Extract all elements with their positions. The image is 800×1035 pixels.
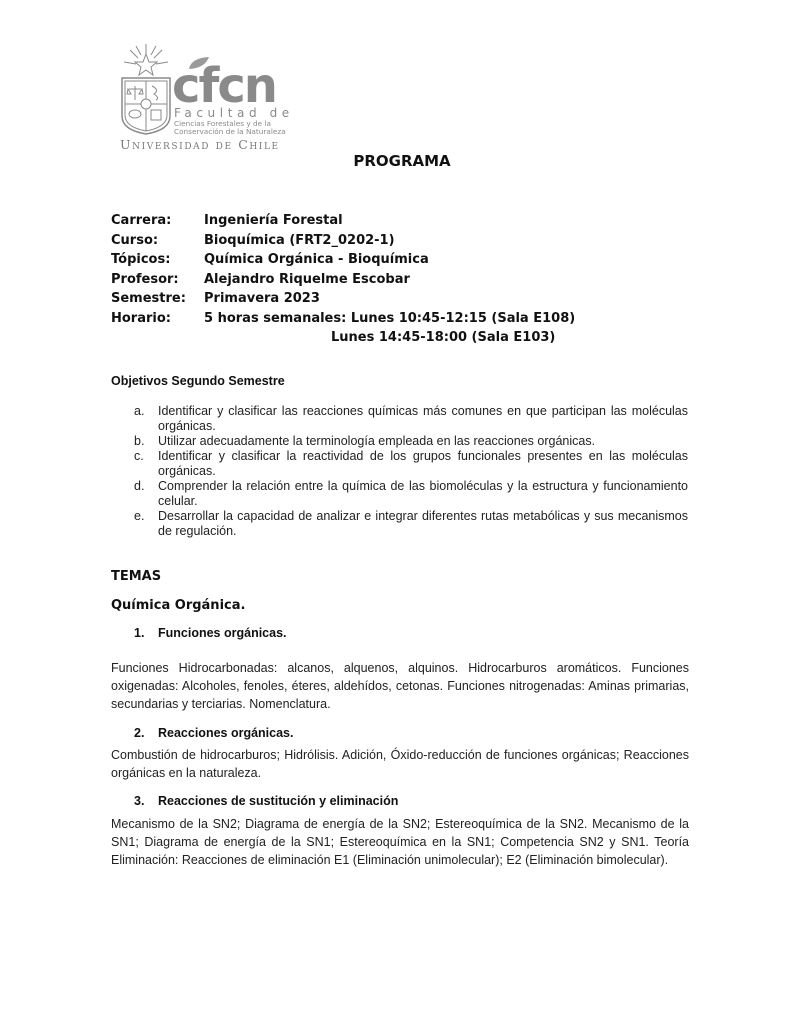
info-value: Primavera 2023 [204, 289, 320, 309]
info-value: Bioquímica (FRT2_0202-1) [204, 231, 395, 251]
objective-item: a. Identificar y clasificar las reaccion… [134, 404, 688, 434]
info-value: 5 horas semanales: Lunes 10:45-12:15 (Sa… [204, 309, 575, 329]
topic-title: Funciones orgánicas. [158, 626, 287, 640]
objective-item: c. Identificar y clasificar la reactivid… [134, 449, 688, 479]
topic-body-2: Combustión de hidrocarburos; Hidrólisis.… [111, 746, 689, 782]
topic-number: 3. [134, 794, 158, 808]
topic-number: 2. [134, 726, 158, 740]
topic-heading-1: 1.Funciones orgánicas. [134, 626, 287, 640]
info-row-topicos: Tópicos:Química Orgánica - Bioquímica [111, 250, 575, 270]
university-logo: cfcn Facultad de Ciencias Forestales y d… [112, 42, 302, 154]
objectives-list: a. Identificar y clasificar las reaccion… [134, 404, 688, 539]
info-row-semestre: Semestre:Primavera 2023 [111, 289, 575, 309]
info-label: Horario: [111, 309, 204, 329]
objective-letter: c. [134, 449, 158, 479]
info-value: Química Orgánica - Bioquímica [204, 250, 429, 270]
objective-text: Identificar y clasificar las reacciones … [158, 404, 688, 434]
objective-text: Comprender la relación entre la química … [158, 479, 688, 509]
logo-faculty-line3: Conservación de la Naturaleza [174, 128, 286, 136]
topic-heading-3: 3.Reacciones de sustitución y eliminació… [134, 794, 398, 808]
topics-section-title: Química Orgánica. [111, 598, 245, 613]
objective-letter: e. [134, 509, 158, 539]
logo-acronym: cfcn [172, 62, 276, 110]
info-value: Lunes 14:45-18:00 (Sala E103) [331, 328, 555, 348]
logo-university-name: Universidad de Chile [120, 137, 280, 152]
objective-item: e. Desarrollar la capacidad de analizar … [134, 509, 688, 539]
info-value: Alejandro Riquelme Escobar [204, 270, 410, 290]
objective-text: Identificar y clasificar la reactividad … [158, 449, 688, 479]
topic-title: Reacciones de sustitución y eliminación [158, 794, 398, 808]
objective-text: Desarrollar la capacidad de analizar e i… [158, 509, 688, 539]
page-title-text: PROGRAMA [353, 152, 450, 170]
topic-body-3: Mecanismo de la SN2; Diagrama de energía… [111, 815, 689, 869]
course-info: Carrera:Ingeniería Forestal Curso:Bioquí… [111, 211, 575, 348]
topic-number: 1. [134, 626, 158, 640]
objectives-heading: Objetivos Segundo Semestre [111, 374, 285, 388]
topic-body-1: Funciones Hidrocarbonadas: alcanos, alqu… [111, 659, 689, 713]
info-label: Profesor: [111, 270, 204, 290]
objective-item: d. Comprender la relación entre la quími… [134, 479, 688, 509]
topic-heading-2: 2.Reacciones orgánicas. [134, 726, 293, 740]
info-label: Semestre: [111, 289, 204, 309]
info-label: Curso: [111, 231, 204, 251]
objective-letter: a. [134, 404, 158, 434]
document-page: cfcn Facultad de Ciencias Forestales y d… [0, 0, 800, 1035]
info-row-carrera: Carrera:Ingeniería Forestal [111, 211, 575, 231]
info-label: Tópicos: [111, 250, 204, 270]
page-title: PROGRAMA [0, 152, 800, 170]
objective-letter: d. [134, 479, 158, 509]
info-row-horario: Horario:5 horas semanales: Lunes 10:45-1… [111, 309, 575, 329]
info-label: Carrera: [111, 211, 204, 231]
university-crest-icon [116, 42, 176, 137]
objective-item: b. Utilizar adecuadamente la terminologí… [134, 434, 688, 449]
info-row-horario-continued: Lunes 14:45-18:00 (Sala E103) [111, 328, 575, 348]
info-row-profesor: Profesor:Alejandro Riquelme Escobar [111, 270, 575, 290]
info-row-curso: Curso:Bioquímica (FRT2_0202-1) [111, 231, 575, 251]
info-value: Ingeniería Forestal [204, 211, 343, 231]
topics-heading: TEMAS [111, 569, 161, 584]
topic-title: Reacciones orgánicas. [158, 726, 293, 740]
objective-text: Utilizar adecuadamente la terminología e… [158, 434, 688, 449]
logo-faculty-line1: Facultad de [174, 107, 294, 119]
objective-letter: b. [134, 434, 158, 449]
